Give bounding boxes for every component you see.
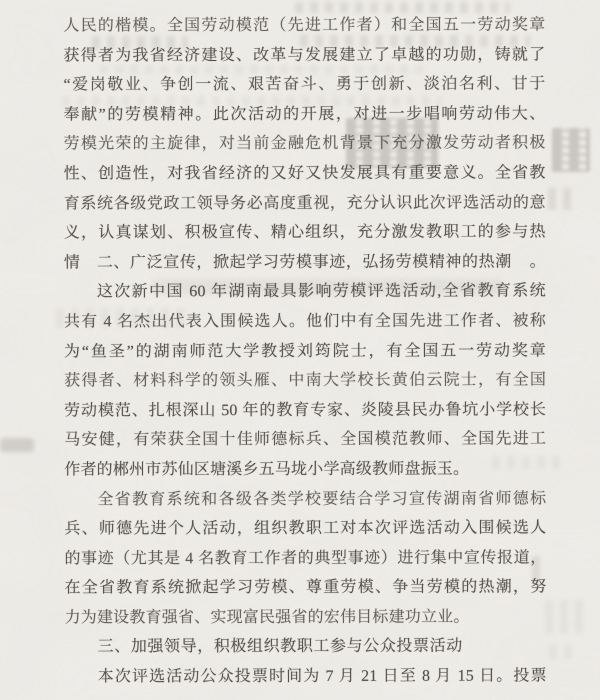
text-line: 在全省教育系统掀起学习劳模、尊重劳模、争当劳模的热潮，努 [64,573,546,604]
text-line: 为“鱼圣”的湖南师范大学教授刘筠院士，有全国五一劳动奖章 [64,336,546,367]
edge-streak-artifact [0,438,34,452]
smudge-mark [549,645,575,659]
text-line: 这次新中国 60 年湖南最具影响劳模评选活动,全省教育系统 [64,277,546,308]
text-line: 劳模光荣的主旋律，对当前金融危机背景下充分激发劳动者积极 [64,129,546,160]
text-line: 获得者为我省经济建设、改革与发展建立了卓越的功勋，铸就了 [63,40,545,71]
text-line: 获得者、材料科学的领头雁、中南大学校长黄伯云院士，有全国 [64,366,546,397]
text-line: 全省教育系统和各级各类学校要结合学习宣传湖南省师德标 [64,484,546,515]
text-line: “爱岗敬业、争创一流、艰苦奋斗、勇于创新、淡泊名利、甘于 [63,70,545,101]
text-line: 共有 4 名杰出代表入围候选人。他们中有全国先进工作者、被称 [64,306,546,337]
text-line: 奉献”的劳模精神。此次活动的开展，对进一步唱响劳动伟大、 [63,99,545,130]
smudge-mark [545,600,589,634]
section-heading: 三、加强领导，积极组织教职工参与公众投票活动 [65,632,547,663]
section-heading: 二、广泛宣传，掀起学习劳模事迹，弘扬劳模精神的热潮 [64,247,546,278]
document-text: 人民的楷模。全国劳动模范（先进工作者）和全国五一劳动奖章获得者为我省经济建设、改… [63,10,546,692]
text-line: 本次评选活动公众投票时间为 7 月 21 日至 8 月 15 日。投票 [65,662,547,693]
text-line: 作者的郴州市苏仙区塘溪乡五马垅小学高级教师盘振玉。 [64,454,546,485]
text-line: 人民的楷模。全国劳动模范（先进工作者）和全国五一劳动奖章 [63,10,545,41]
text-line: 力为建设教育强省、实现富民强省的宏伟目标建功立业。 [65,602,547,633]
text-line: 育系统各级党政工领导务必高度重视，充分认识此次评选活动的意 [64,188,546,219]
text-line: 的事迹（尤其是 4 名教育工作者的典型事迹）进行集中宣传报道， [64,543,546,574]
text-line: 义，认真谋划、积极宣传、精心组织，充分激发教职工的参与热情。 [64,218,546,249]
text-line: 马安健，有荣获全国十佳师德标兵、全国模范教师、全国先进工 [64,425,546,456]
scanned-document-page: 人民的楷模。全国劳动模范（先进工作者）和全国五一劳动奖章获得者为我省经济建设、改… [0,0,600,700]
text-line: 劳动模范、扎根深山 50 年的教育专家、炎陵县民办鲁坑小学校长 [64,395,546,426]
smudge-mark [548,188,578,210]
ink-bleedthrough-mark [552,128,590,172]
text-line: 性、创造性，对我省经济的又好又快发展具有重要意义。全省教 [64,158,546,189]
text-line: 兵、师德先进个人活动，组织教职工对本次评选活动入围候选人 [64,514,546,545]
